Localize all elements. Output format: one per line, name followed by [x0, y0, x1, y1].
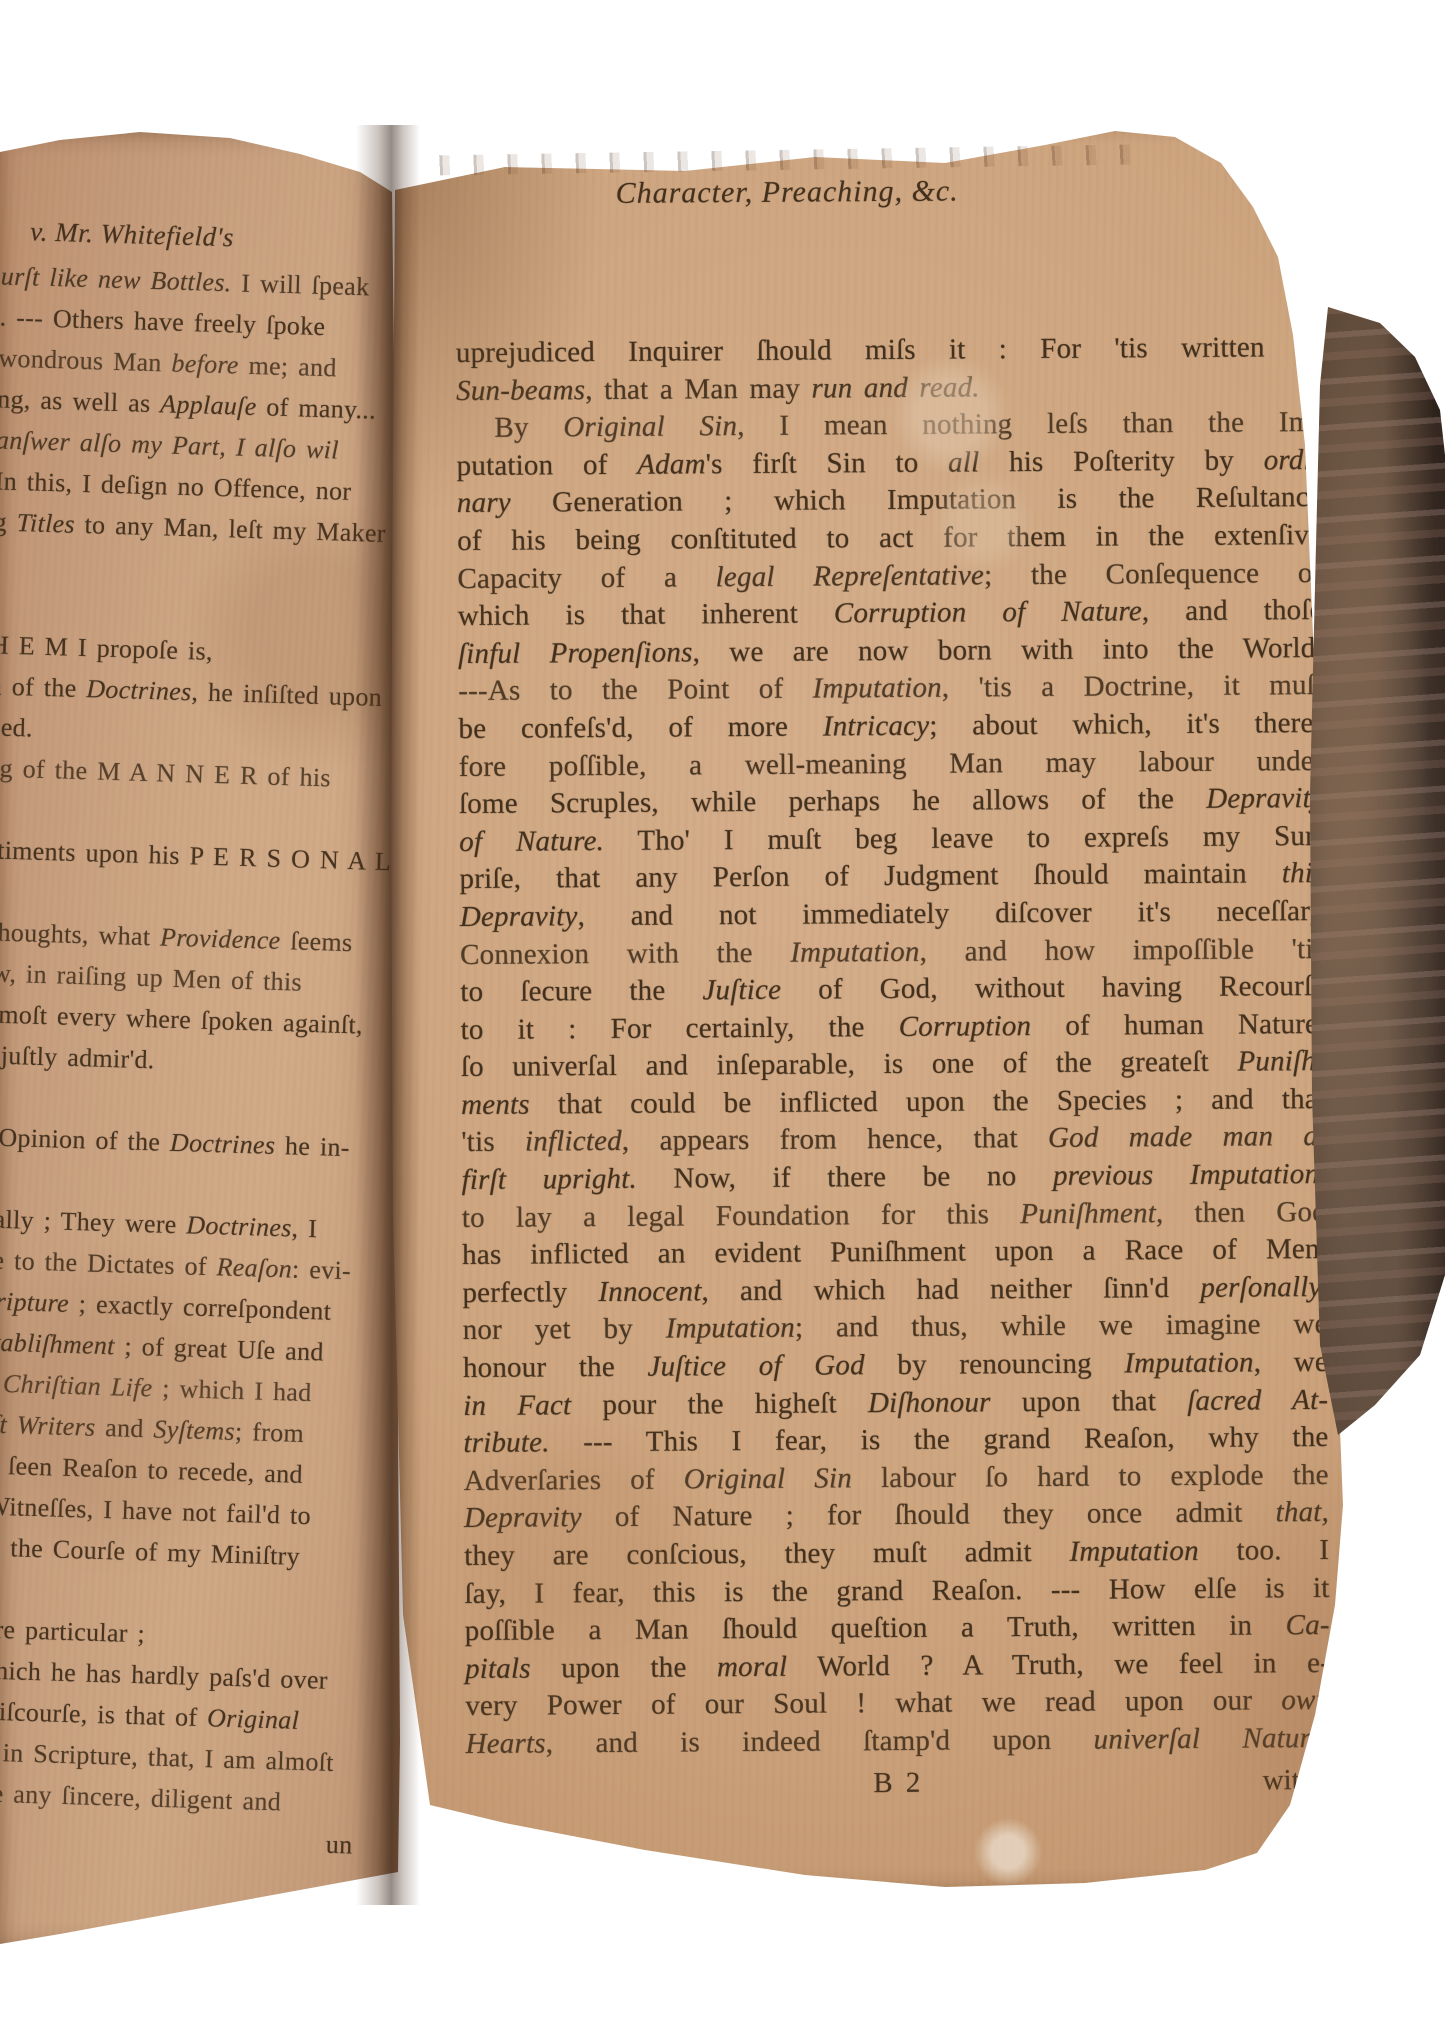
text-line: ments that could be inflicted upon the S… — [461, 1081, 1326, 1125]
text-line: priſe, that any Perſon of Judgment ſhoul… — [459, 855, 1324, 899]
left-page-content: v. Mr. Whitefield's urſt like new Bottle… — [0, 119, 403, 1970]
text-line: pitals upon the moral World ? A Truth, w… — [465, 1645, 1330, 1689]
book-photo: v. Mr. Whitefield's urſt like new Bottle… — [0, 0, 1445, 2023]
signature-mark: B 2 — [873, 1767, 923, 1800]
catchword: within — [1263, 1764, 1337, 1798]
text-line: Adverſaries of Original Sin labour ſo ha… — [464, 1457, 1329, 1501]
text-line: nor yet by Imputation; and thus, while w… — [463, 1306, 1328, 1350]
text-line: which is that inherent Corruption of Nat… — [458, 592, 1323, 636]
text-line: Hearts, and is indeed ſtamp'd upon unive… — [465, 1720, 1330, 1764]
text-line: Depravity, and not immediately diſcover … — [460, 893, 1325, 937]
text-line: ſay, I fear, this is the grand Reaſon. -… — [464, 1570, 1329, 1614]
text-line: poſſible a Man ſhould queſtion a Truth, … — [465, 1607, 1330, 1651]
left-page: v. Mr. Whitefield's urſt like new Bottle… — [0, 120, 400, 1960]
text-line: firſt upright. Now, if there be no previ… — [461, 1156, 1326, 1200]
right-page-text: uprejudiced Inquirer ſhould miſs it : Fo… — [456, 329, 1331, 1764]
right-page-content: Character, Preaching, &c. 3 uprejudiced … — [384, 112, 1381, 1904]
page-number: 3 — [1309, 170, 1324, 204]
text-line: Sun-beams, that a Man may run and read. — [456, 367, 1321, 411]
text-line: Capacity of a legal Repreſentative; the … — [457, 555, 1322, 599]
text-line: ſinful Propenſions, we are now born with… — [458, 630, 1323, 674]
text-line: tribute. --- This I fear, is the grand R… — [463, 1419, 1328, 1463]
text-line: to it : For certainly, the Corruption of… — [460, 1006, 1325, 1050]
text-line: they are conſcious, they muſt admit Impu… — [464, 1532, 1329, 1576]
text-line: ſome Scruples, while perhaps he allows o… — [459, 780, 1324, 824]
text-line: putation of Adam's firſt Sin to all his … — [456, 442, 1321, 486]
text-line: 'tis inflicted, appears from hence, that… — [461, 1118, 1326, 1162]
text-line: nary Generation ; which Imputation is th… — [457, 479, 1322, 523]
text-line: Depravity of Nature ; for ſhould they on… — [464, 1494, 1329, 1538]
left-running-header: v. Mr. Whitefield's — [30, 216, 235, 253]
text-line: of Nature. Tho' I muſt beg leave to expr… — [459, 818, 1324, 862]
text-line: to lay a legal Foundation for this Puniſ… — [462, 1194, 1327, 1238]
text-line: of his being conſtituted to act for them… — [457, 517, 1322, 561]
text-line: perfectly Innocent, and which had neithe… — [462, 1269, 1327, 1313]
left-page-text: urſt like new Bottles. I will ſpeak. ---… — [0, 255, 399, 1865]
text-line: Connexion with the Imputation, and how i… — [460, 930, 1325, 974]
text-line: to ſecure the Juſtice of God, without ha… — [460, 968, 1325, 1012]
text-line: be confeſs'd, of more Intricacy; about w… — [458, 705, 1323, 749]
text-line: By Original Sin, I mean nothing leſs tha… — [456, 404, 1321, 448]
text-line: fore poſſible, a well-meaning Man may la… — [459, 742, 1324, 786]
text-line: uprejudiced Inquirer ſhould miſs it : Fo… — [456, 329, 1321, 373]
text-line: very Power of our Soul ! what we read up… — [465, 1682, 1330, 1726]
text-line: ſo univerſal and inſeparable, is one of … — [461, 1043, 1326, 1087]
right-page: Character, Preaching, &c. 3 uprejudiced … — [385, 115, 1370, 1900]
text-line: honour the Juſtice of God by renouncing … — [463, 1344, 1328, 1388]
text-line: ---As to the Point of Imputation, 'tis a… — [458, 667, 1323, 711]
text-line: in Fact pour the higheſt Diſhonour upon … — [463, 1382, 1328, 1426]
right-running-header: Character, Preaching, &c. — [355, 173, 1220, 213]
page-footer: B 2 within — [466, 1764, 1331, 1812]
text-line: has inflicted an evident Puniſhment upon… — [462, 1231, 1327, 1275]
